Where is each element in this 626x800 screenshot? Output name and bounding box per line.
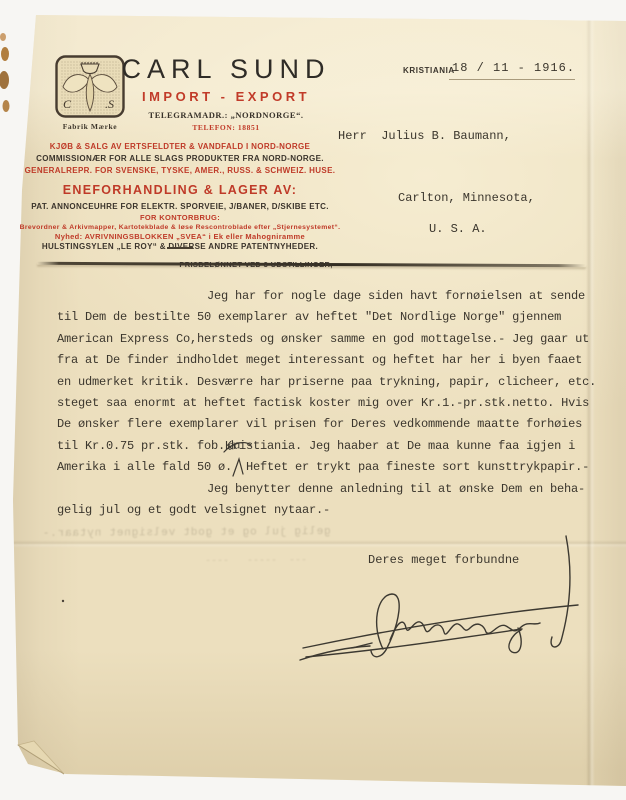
telegram-address: TELEGRAMADR.: „NORDNORGE“.	[46, 110, 406, 120]
letterhead-line: PAT. ANNONCEUHRE FOR ELEKTR. SPORVEIE, J…	[0, 201, 360, 213]
letterhead-line: COMMISSIONÆR FOR ALLE SLAGS PRODUKTER FR…	[0, 153, 360, 165]
bleed-through-marks: --- ----- ----	[205, 556, 307, 568]
company-name: CARL SUND	[46, 54, 406, 85]
body-line: en udmerket kritik. Desværre har prisern…	[57, 372, 602, 393]
letterhead-line: Nyhed: AVRIVNINGSBLOKKEN „SVEA“ i Ek ell…	[0, 232, 360, 242]
bleed-through-text: gelig jul og et godt velsignet nytaar.-	[42, 526, 331, 540]
date-underline	[449, 79, 575, 80]
dateline-date: 18 / 11 - 1916.	[452, 61, 575, 75]
letterhead-line: PRISBELØNNET VED 3 UDSTILLINGER,	[76, 260, 436, 270]
body-line: De ønsker flere exemplarer vil prisen fo…	[57, 414, 602, 435]
letterhead-line: FOR KONTORBRUG:	[0, 213, 360, 223]
letterhead-lines: KJØB & SALG AV ERTSFELDTER & VANDFALD I …	[0, 141, 360, 270]
masthead: CARL SUND IMPORT - EXPORT TELEGRAMADR.: …	[46, 54, 406, 132]
company-tagline: IMPORT - EXPORT	[46, 89, 406, 104]
body-line: steget saa enormt at heftet factisk kost…	[57, 393, 602, 414]
scanned-letter: { "letterhead": { "company": "CARL SUND"…	[0, 0, 626, 800]
body-line: til Dem de bestilte 50 exemplarer av hef…	[57, 307, 602, 328]
body-line: American Express Co,hersteds og ønsker s…	[57, 329, 602, 350]
dateline-place: KRISTIANIA	[403, 66, 455, 75]
letterhead-line: KJØB & SALG AV ERTSFELDTER & VANDFALD I …	[0, 141, 360, 153]
recipient-city: Carlton, Minnesota,	[398, 191, 535, 205]
recipient-name: Herr Julius B. Baumann,	[338, 129, 511, 143]
body-line: Amerika i alle fald 50 ø. Heftet er tryk…	[57, 457, 602, 478]
letterhead-line: GENERALREPR. FOR SVENSKE, TYSKE, AMER., …	[0, 165, 360, 177]
edge-stains	[0, 33, 10, 112]
separator-rule	[167, 247, 193, 249]
body-line: Jeg benytter denne anledning til at ønsk…	[57, 479, 602, 500]
letterhead-line: ENEFORHANDLING & LAGER AV:	[0, 182, 360, 198]
body-line: gelig jul og et godt velsignet nytaar.-	[57, 500, 602, 521]
valediction: Deres meget forbundne	[368, 553, 519, 567]
letter-body: Jeg har for nogle dage siden havt fornøi…	[57, 286, 602, 521]
body-line: til Kr.0.75 pr.stk. fob.Kristiania. Jeg …	[57, 436, 602, 457]
body-line: Jeg har for nogle dage siden havt fornøi…	[57, 286, 602, 307]
recipient-country: U. S. A.	[429, 222, 487, 236]
letterhead-line: Brevordner & Arkivmapper, Kartotekblade …	[0, 223, 360, 232]
body-line: fra at De finder indholdet meget interes…	[57, 350, 602, 371]
